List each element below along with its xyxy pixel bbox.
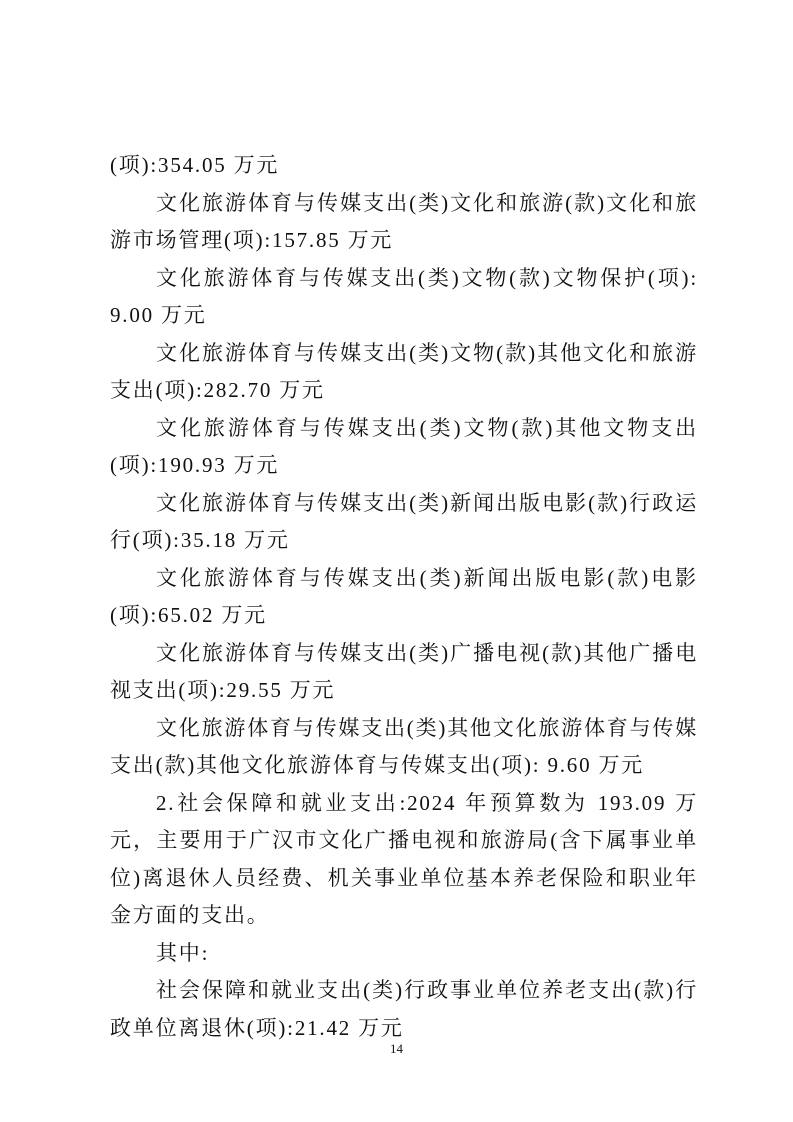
paragraph-continuation: (项):354.05 万元 (110, 147, 698, 185)
document-body: (项):354.05 万元 文化旅游体育与传媒支出(类)文化和旅游(款)文化和旅… (110, 147, 698, 1047)
page-number: 14 (0, 1041, 793, 1057)
paragraph-film: 文化旅游体育与传媒支出(类)新闻出版电影(款)电影(项):65.02 万元 (110, 560, 698, 635)
paragraph-other-broadcast: 文化旅游体育与传媒支出(类)广播电视(款)其他广播电视支出(项):29.55 万… (110, 635, 698, 710)
paragraph-among-them: 其中: (110, 935, 698, 973)
paragraph-other-culture-tourism: 文化旅游体育与传媒支出(类)文物(款)其他文化和旅游支出(项):282.70 万… (110, 335, 698, 410)
paragraph-other-media: 文化旅游体育与传媒支出(类)其他文化旅游体育与传媒支出(款)其他文化旅游体育与传… (110, 710, 698, 785)
paragraph-relic-protection: 文化旅游体育与传媒支出(类)文物(款)文物保护(项): 9.00 万元 (110, 260, 698, 335)
paragraph-social-security: 2.社会保障和就业支出:2024 年预算数为 193.09 万元，主要用于广汉市… (110, 785, 698, 935)
paragraph-market-management: 文化旅游体育与传媒支出(类)文化和旅游(款)文化和旅游市场管理(项):157.8… (110, 185, 698, 260)
paragraph-other-relic: 文化旅游体育与传媒支出(类)文物(款)其他文物支出(项):190.93 万元 (110, 410, 698, 485)
paragraph-retirement: 社会保障和就业支出(类)行政事业单位养老支出(款)行政单位离退休(项):21.4… (110, 972, 698, 1047)
paragraph-press-admin: 文化旅游体育与传媒支出(类)新闻出版电影(款)行政运行(项):35.18 万元 (110, 485, 698, 560)
